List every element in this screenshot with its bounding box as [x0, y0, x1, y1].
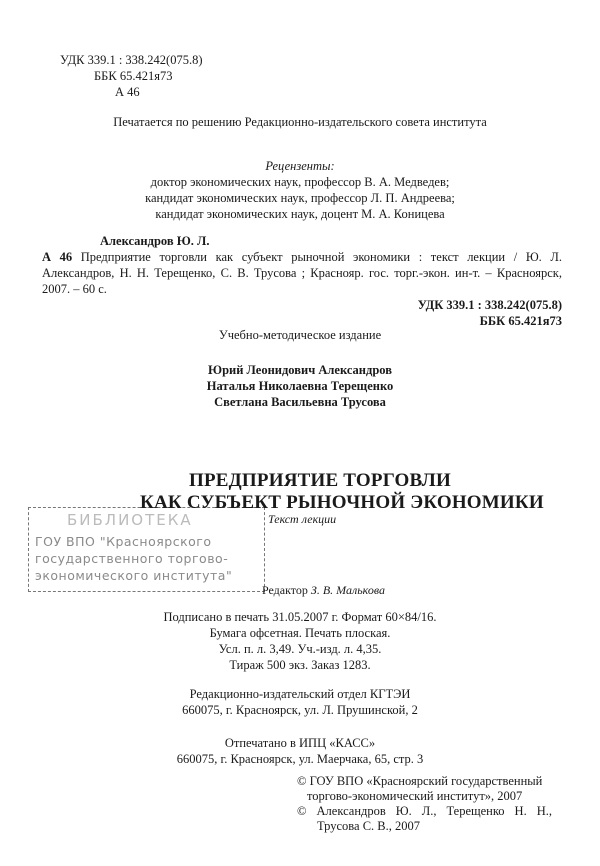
- print-decision-note: Печатается по решению Редакционно-издате…: [0, 115, 600, 130]
- publisher-info: Редакционно-издательский отдел КГТЭИ 660…: [0, 686, 600, 718]
- bib-code: А 46: [42, 250, 72, 264]
- print-info-line: Тираж 500 экз. Заказ 1283.: [0, 657, 600, 673]
- reviewer-item: кандидат экономических наук, доцент М. А…: [0, 206, 600, 222]
- stamp-line: государственного торгово-: [35, 551, 228, 566]
- publisher-line: Редакционно-издательский отдел КГТЭИ: [0, 686, 600, 702]
- stamp-line: экономического института": [35, 568, 232, 583]
- title-line-2: КАК СУБЪЕКТ РЫНОЧНОЙ ЭКОНОМИКИ: [140, 492, 500, 514]
- printer-info: Отпечатано в ИПЦ «КАСС» 660075, г. Красн…: [0, 735, 600, 767]
- reviewers-heading: Рецензенты:: [0, 158, 600, 174]
- editor-name: З. В. Малькова: [311, 583, 385, 597]
- bib-bbk: ББК 65.421я73: [42, 313, 562, 329]
- print-info-line: Усл. п. л. 3,49. Уч.-изд. л. 4,35.: [0, 641, 600, 657]
- copyright-line: торгово-экономический институт», 2007: [297, 789, 552, 804]
- print-info-line: Подписано в печать 31.05.2007 г. Формат …: [0, 609, 600, 625]
- copyright-line: © Александров Ю. Л., Терещенко Н. Н.,: [297, 804, 552, 819]
- bib-author: Александров Ю. Л.: [42, 233, 562, 249]
- author-name: Юрий Леонидович Александров: [0, 362, 600, 378]
- bibliographic-record: Александров Ю. Л. А 46 Предприятие торго…: [42, 233, 562, 329]
- stamp-line: ГОУ ВПО "Красноярского: [35, 534, 212, 549]
- edition-type: Учебно-методическое издание: [0, 328, 600, 343]
- bbk-code: ББК 65.421я73: [60, 68, 203, 84]
- library-stamp: БИБЛИОТЕКА ГОУ ВПО "Красноярского госуда…: [28, 507, 265, 592]
- document-subtitle: Текст лекции: [268, 512, 336, 527]
- authors-full-names: Юрий Леонидович Александров Наталья Нико…: [0, 362, 600, 410]
- author-name: Наталья Николаевна Терещенко: [0, 378, 600, 394]
- bib-entry-text: Предприятие торговли как субъект рыночно…: [42, 250, 562, 296]
- document-title: ПРЕДПРИЯТИЕ ТОРГОВЛИ КАК СУБЪЕКТ РЫНОЧНО…: [140, 470, 500, 514]
- editor-label: Редактор: [262, 583, 308, 597]
- publisher-line: 660075, г. Красноярск, ул. Л. Прушинской…: [0, 702, 600, 718]
- udk-code: УДК 339.1 : 338.242(075.8): [60, 52, 203, 68]
- title-line-1: ПРЕДПРИЯТИЕ ТОРГОВЛИ: [140, 470, 500, 492]
- copyright-block: © ГОУ ВПО «Красноярский государственный …: [297, 774, 552, 834]
- bib-udk: УДК 339.1 : 338.242(075.8): [42, 297, 562, 313]
- author-mark: А 46: [60, 84, 203, 100]
- print-info: Подписано в печать 31.05.2007 г. Формат …: [0, 609, 600, 673]
- classification-codes: УДК 339.1 : 338.242(075.8) ББК 65.421я73…: [60, 52, 203, 100]
- bib-entry: А 46 Предприятие торговли как субъект ры…: [42, 249, 562, 297]
- author-name: Светлана Васильевна Трусова: [0, 394, 600, 410]
- copyright-line: Трусова С. В., 2007: [297, 819, 552, 834]
- printer-line: Отпечатано в ИПЦ «КАСС»: [0, 735, 600, 751]
- editor-line: Редактор З. В. Малькова: [262, 583, 385, 598]
- printer-line: 660075, г. Красноярск, ул. Маерчака, 65,…: [0, 751, 600, 767]
- print-info-line: Бумага офсетная. Печать плоская.: [0, 625, 600, 641]
- reviewer-item: кандидат экономических наук, профессор Л…: [0, 190, 600, 206]
- copyright-line: © ГОУ ВПО «Красноярский государственный: [297, 774, 552, 789]
- reviewers-block: Рецензенты: доктор экономических наук, п…: [0, 158, 600, 222]
- reviewer-item: доктор экономических наук, профессор В. …: [0, 174, 600, 190]
